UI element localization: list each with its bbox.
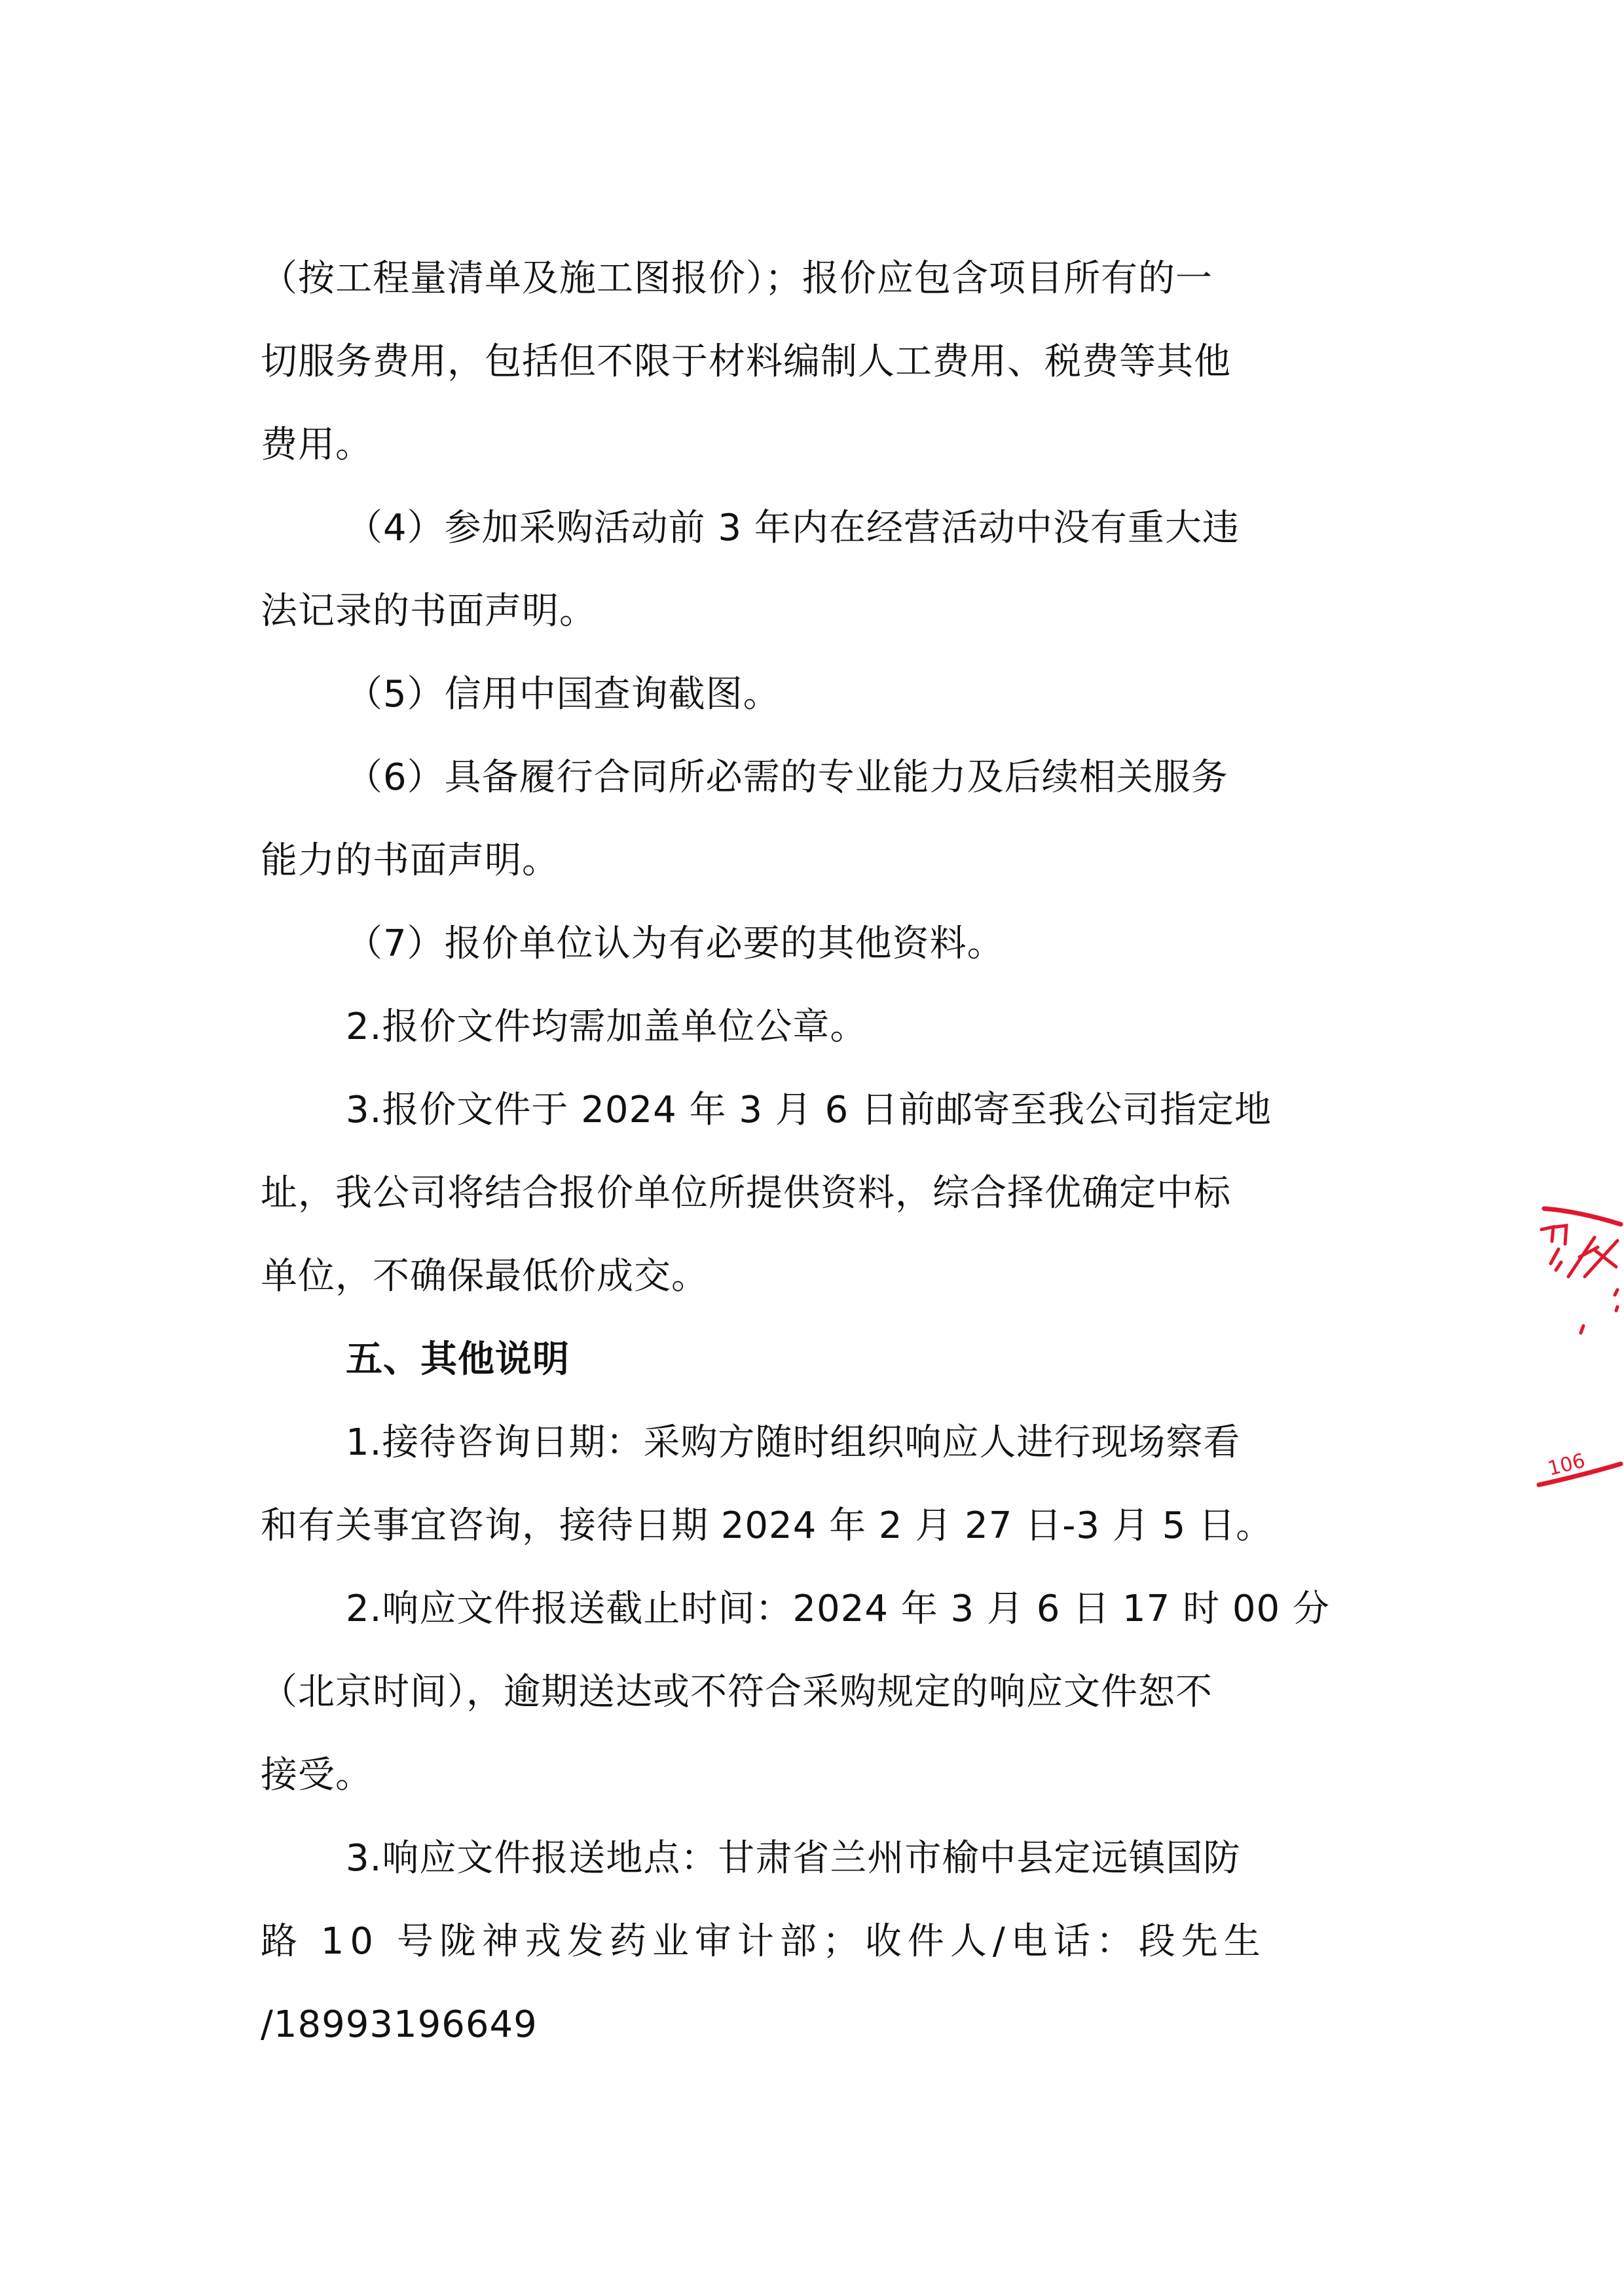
paragraph-line-quote-basis: 费用。 xyxy=(261,403,1361,486)
list-item-4-no-violation-cont: 法记录的书面声明。 xyxy=(261,570,1361,653)
note-3-submission-address: 3.响应文件报送地点：甘肃省兰州市榆中县定远镇国防 xyxy=(261,1817,1361,1900)
note-1-consultation-date: 1.接待咨询日期：采购方随时组织响应人进行现场察看 xyxy=(261,1401,1361,1484)
document-page: （按工程量清单及施工图报价）；报价应包含项目所有的一 切服务费用，包括但不限于材… xyxy=(0,0,1624,2296)
list-item-4-no-violation: （4）参加采购活动前 3 年内在经营活动中没有重大违 xyxy=(261,486,1361,570)
list-item-6-capability-cont: 能力的书面声明。 xyxy=(261,819,1361,902)
note-3-submission-address-cont: 路 10 号陇神戎发药业审计部；收件人/电话：段先生 xyxy=(261,1900,1361,1983)
section-heading-other-notes: 五、其他说明 xyxy=(261,1318,1361,1401)
company-seal-stamp-icon: 106 xyxy=(1532,1178,1624,1545)
document-body: （按工程量清单及施工图报价）；报价应包含项目所有的一 切服务费用，包括但不限于材… xyxy=(261,237,1361,2066)
clause-3-mailing-deadline-cont: 单位，不确保最低价成交。 xyxy=(261,1235,1361,1318)
note-2-submission-deadline-cont: 接受。 xyxy=(261,1734,1361,1817)
clause-2-official-seal: 2.报价文件均需加盖单位公章。 xyxy=(261,985,1361,1068)
note-1-consultation-date-cont: 和有关事宜咨询，接待日期 2024 年 2 月 27 日-3 月 5 日。 xyxy=(261,1484,1361,1567)
list-item-7-other-materials: （7）报价单位认为有必要的其他资料。 xyxy=(261,902,1361,985)
paragraph-line-quote-basis: （按工程量清单及施工图报价）；报价应包含项目所有的一 xyxy=(261,237,1361,320)
contact-phone: /18993196649 xyxy=(261,1983,1361,2066)
paragraph-line-quote-basis: 切服务费用，包括但不限于材料编制人工费用、税费等其他 xyxy=(261,320,1361,403)
clause-3-mailing-deadline: 3.报价文件于 2024 年 3 月 6 日前邮寄至我公司指定地 xyxy=(261,1068,1361,1152)
note-2-submission-deadline-cont: （北京时间），逾期送达或不符合采购规定的响应文件恕不 xyxy=(261,1650,1361,1734)
list-item-6-capability: （6）具备履行合同所必需的专业能力及后续相关服务 xyxy=(261,736,1361,819)
list-item-5-credit-china: （5）信用中国查询截图。 xyxy=(261,653,1361,736)
clause-3-mailing-deadline-cont: 址，我公司将结合报价单位所提供资料，综合择优确定中标 xyxy=(261,1152,1361,1235)
note-2-submission-deadline: 2.响应文件报送截止时间：2024 年 3 月 6 日 17 时 00 分 xyxy=(261,1567,1361,1650)
